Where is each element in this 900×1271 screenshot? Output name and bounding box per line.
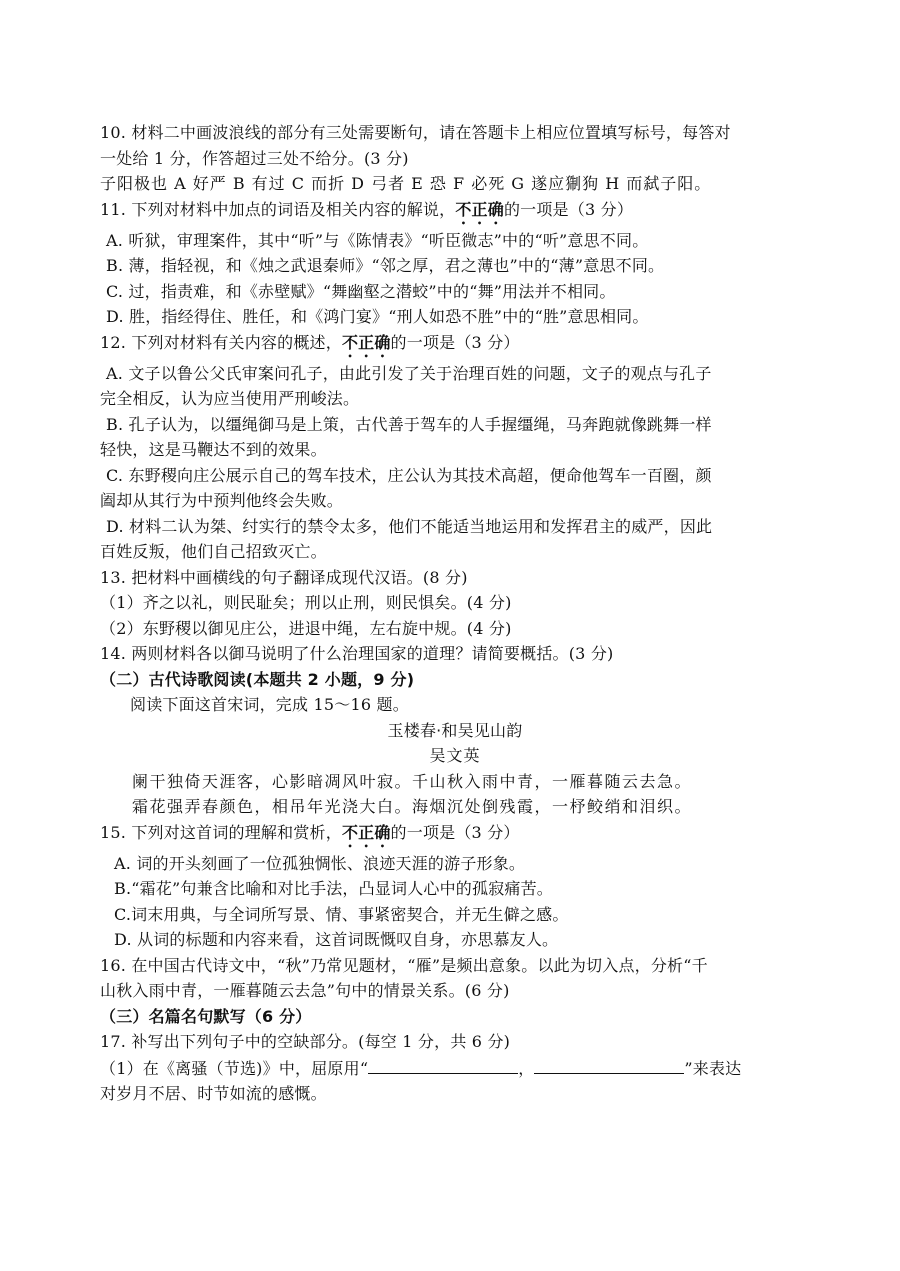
q12-stem: 12. 下列对材料有关内容的概述，不正确的一项是（3 分）	[100, 330, 810, 361]
q17-item-1-line2: 对岁月不居、时节如流的感慨。	[100, 1081, 810, 1107]
q10-stem-line2: 一处给 1 分，作答超过三处不给分。(3 分)	[100, 146, 810, 172]
q15-suffix: 的一项是（3 分）	[391, 823, 520, 842]
q13-stem: 13. 把材料中画横线的句子翻译成现代汉语。(8 分)	[100, 565, 810, 591]
q17-item1-suffix: ”来表达	[684, 1059, 741, 1078]
q11-stem: 11. 下列对材料中加点的词语及相关内容的解说，不正确的一项是（3 分）	[100, 197, 810, 228]
q11-option-b: B. 薄，指轻视，和《烛之武退秦师》“邻之厚，君之薄也”中的“薄”意思不同。	[100, 253, 810, 279]
poem-line-1: 阑干独倚天涯客，心影暗凋风叶寂。千山秋入雨中青，一雁暮随云去急。	[100, 769, 810, 795]
q15-option-c: C.词末用典，与全词所写景、情、事紧密契合，并无生僻之感。	[100, 902, 810, 928]
q11-option-c: C. 过，指责难，和《赤壁赋》“舞幽壑之潜蛟”中的“舞”用法并不相同。	[100, 279, 810, 305]
q17-blank-2[interactable]	[534, 1055, 684, 1074]
q15-emphasis: 不正确	[342, 823, 391, 842]
q12-emphasis: 不正确	[342, 333, 391, 352]
q13-item-1: （1）齐之以礼，则民耻矣；刑以止刑，则民惧矣。(4 分)	[100, 590, 810, 616]
q15-option-b: B.“霜花”句兼含比喻和对比手法，凸显词人心中的孤寂痛苦。	[100, 876, 810, 902]
q11-emphasis: 不正确	[455, 200, 504, 219]
q11-prefix: 11. 下列对材料中加点的词语及相关内容的解说，	[100, 200, 455, 219]
q12-prefix: 12. 下列对材料有关内容的概述，	[100, 333, 342, 352]
q12-option-d-line2: 百姓反叛，他们自己招致灭亡。	[100, 539, 810, 565]
exam-page: 10. 材料二中画波浪线的部分有三处需要断句，请在答题卡上相应位置填写标号，每答…	[100, 120, 810, 1107]
q17-blank-1[interactable]	[368, 1055, 518, 1074]
section2-instruction: 阅读下面这首宋词，完成 15～16 题。	[100, 692, 810, 718]
q12-option-c-line1: C. 东野稷向庄公展示自己的驾车技术，庄公认为其技术高超，便命他驾车一百圈，颜	[100, 463, 810, 489]
poem-line-2: 霜花强弄春颜色，相吊年光浇大白。海烟沉处倒残霞，一杼鲛绡和泪织。	[100, 794, 810, 820]
q15-stem: 15. 下列对这首词的理解和赏析，不正确的一项是（3 分）	[100, 820, 810, 851]
q17-item1-sep: ，	[518, 1059, 534, 1078]
q10-stem-line1: 10. 材料二中画波浪线的部分有三处需要断句，请在答题卡上相应位置填写标号，每答…	[100, 120, 810, 146]
q15-prefix: 15. 下列对这首词的理解和赏析，	[100, 823, 342, 842]
q12-option-a-line2: 完全相反，认为应当使用严刑峻法。	[100, 386, 810, 412]
q16-stem-line1: 16. 在中国古代诗文中，“秋”乃常见题材，“雁”是频出意象。以此为切入点，分析…	[100, 953, 810, 979]
q10-options: 子阳极也 A 好严 B 有过 C 而折 D 弓者 E 恐 F 必死 G 遂应猘狗…	[100, 171, 810, 197]
poem-author: 吴文英	[100, 743, 810, 769]
q11-option-a: A. 听狱，审理案件，其中“听”与《陈情表》“听臣微志”中的“听”意思不同。	[100, 228, 810, 254]
q16-stem-line2: 山秋入雨中青，一雁暮随云去急”句中的情景关系。(6 分)	[100, 978, 810, 1004]
q12-option-b-line1: B. 孔子认为，以缰绳御马是上策，古代善于驾车的人手握缰绳，马奔跑就像跳舞一样	[100, 412, 810, 438]
q17-item-1: （1）在《离骚（节选)》中，屈原用“，”来表达	[100, 1055, 810, 1082]
section2-heading: （二）古代诗歌阅读(本题共 2 小题，9 分)	[100, 667, 810, 693]
q17-stem: 17. 补写出下列句子中的空缺部分。(每空 1 分，共 6 分)	[100, 1029, 810, 1055]
section3-heading: （三）名篇名句默写（6 分）	[100, 1004, 810, 1030]
q12-option-b-line2: 轻快，这是马鞭达不到的效果。	[100, 437, 810, 463]
q11-option-d: D. 胜，指经得住、胜任，和《鸿门宴》“刑人如恐不胜”中的“胜”意思相同。	[100, 304, 810, 330]
q15-option-a: A. 词的开头刻画了一位孤独惆怅、浪迹天涯的游子形象。	[100, 851, 810, 877]
q15-option-d: D. 从词的标题和内容来看，这首词既慨叹自身，亦思慕友人。	[100, 927, 810, 953]
q14-stem: 14. 两则材料各以御马说明了什么治理国家的道理？请简要概括。(3 分)	[100, 641, 810, 667]
q12-option-d-line1: D. 材料二认为桀、纣实行的禁令太多，他们不能适当地运用和发挥君主的威严，因此	[100, 514, 810, 540]
q12-suffix: 的一项是（3 分）	[391, 333, 520, 352]
q12-option-c-line2: 阖却从其行为中预判他终会失败。	[100, 488, 810, 514]
poem-title: 玉楼春·和吴见山韵	[100, 718, 810, 744]
q11-suffix: 的一项是（3 分）	[504, 200, 633, 219]
q12-option-a-line1: A. 文子以鲁公父氏审案问孔子，由此引发了关于治理百姓的问题，文子的观点与孔子	[100, 361, 810, 387]
q17-item1-prefix: （1）在《离骚（节选)》中，屈原用“	[100, 1059, 368, 1078]
q13-item-2: （2）东野稷以御见庄公，进退中绳，左右旋中规。(4 分)	[100, 616, 810, 642]
